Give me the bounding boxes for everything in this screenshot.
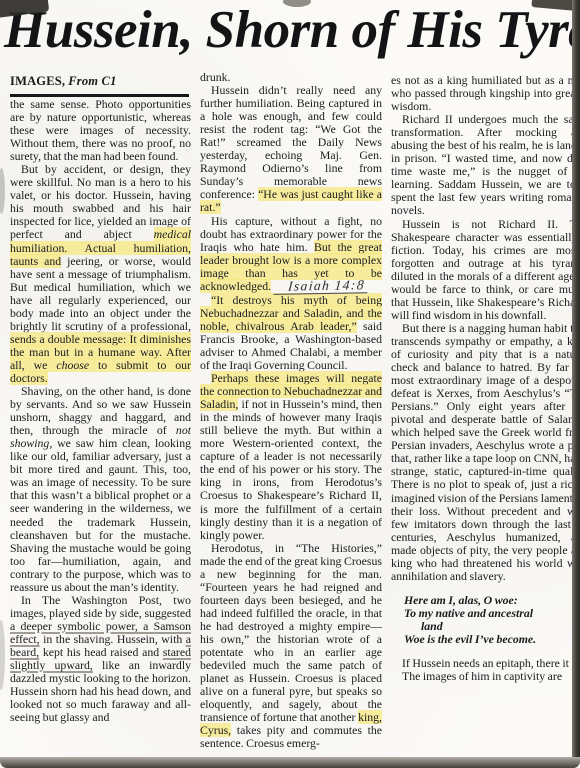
article-paragraph: But there is a nagging human habit that … [391,322,580,583]
article-paragraph: His capture, without a fight, no doubt h… [200,215,382,294]
scan-smudge-left [0,168,5,214]
poem-line: Woe is the evil I’ve become. [404,633,580,646]
article-paragraph: Herodotus, in “The Histories,” made the … [200,542,382,751]
text-segment: the same sense. Photo opportunities are … [10,98,191,163]
poem-line: land [404,620,580,633]
article-paragraph: The images of him in captivity are [391,670,580,683]
article-column: the same sense. Photo opportunities are … [10,98,191,751]
article-paragraph: the same sense. Photo opportunities are … [10,98,191,163]
article-column: es not as a king humiliated but as a man… [391,74,580,753]
text-segment: In The Washington Post, two images, play… [10,593,191,620]
text-segment: kept his head raised and [39,645,163,659]
article-paragraph: In The Washington Post, two images, play… [10,594,191,724]
highlighted-text: medical [154,227,191,241]
text-segment: we saw him clean, looking like our old, … [10,436,191,594]
text-segment: es not as a king humiliated but as a man… [391,74,580,113]
text-segment: if not in Hussein’s mind, then in the mi… [200,397,382,541]
handwritten-note: Isaiah 14:8 [273,279,368,295]
text-segment: Herodotus, in “The Histories,” made the … [200,541,382,725]
scan-edge-bottom [0,757,580,768]
text-segment: The images of him in captivity are [402,669,562,683]
text-segment: drunk. [200,71,230,84]
newspaper-page: Hussein, Shorn of His Tyran IMAGES,From … [0,0,580,768]
text-segment: But there is a nagging human habit that … [391,321,580,583]
poem-line: Here am I, alas, O woe: [404,594,580,607]
article-paragraph: Perhaps these images will negate the con… [200,372,382,542]
kicker: IMAGES,From C1 [10,74,189,97]
text-segment: Richard II undergoes much the same trans… [391,112,580,217]
highlighted-text: “It destroys his myth of being Nebuchadn… [200,293,382,333]
headline: Hussein, Shorn of His Tyran [4,0,580,60]
text-segment: Hussein didn’t really need any further h… [200,83,382,201]
article-paragraph: “It destroys his myth of being Nebuchadn… [200,294,382,372]
text-segment: Shaving, on the other hand, is done by s… [10,384,191,437]
scan-edge-right [572,0,580,768]
article-column: drunk.Hussein didn’t really need any fur… [200,71,382,753]
article-paragraph: Hussein is not Richard II. The Shakespea… [391,218,580,322]
text-segment: in the shaving. Hussein, with [40,632,186,646]
text-segment: If Hussein needs an epitaph, there it is… [402,656,580,670]
article-paragraph: Shaving, on the other hand, is done by s… [10,385,191,594]
scan-smudge-left [0,620,5,690]
text-segment: Hussein is not Richard II. The Shakespea… [391,217,580,322]
article-paragraph: es not as a king humiliated but as a man… [391,74,580,113]
kicker-from-label: From C1 [68,74,116,88]
article-paragraph: Hussein didn’t really need any further h… [200,84,382,214]
poem: Here am I, alas, O woe:To my native and … [404,594,580,646]
highlighted-text: choose [56,358,89,372]
article-paragraph: But by accident, or design, they were sk… [10,163,191,385]
kicker-section-label: IMAGES, [10,74,65,88]
poem-line: To my native and ancestral [404,607,580,620]
article-paragraph: Richard II undergoes much the same trans… [391,113,580,217]
